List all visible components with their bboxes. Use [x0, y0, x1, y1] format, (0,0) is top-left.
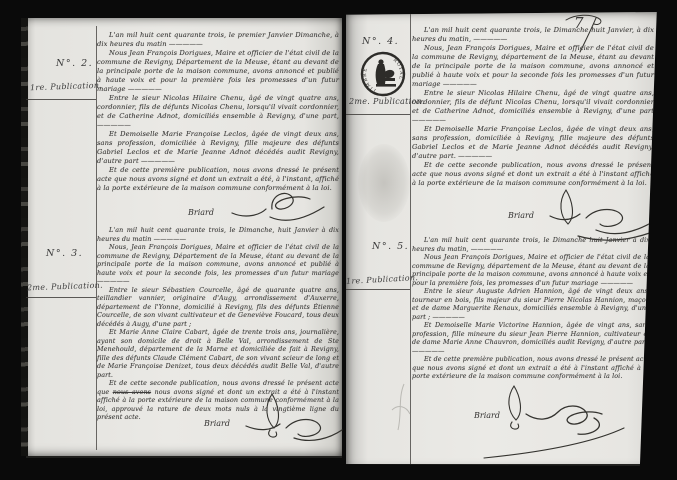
act-paragraph: Entre le sieur Nicolas Hilaire Chenu, âg… [412, 89, 654, 125]
signature-flourish [246, 420, 342, 441]
act-paragraph: Entre le sieur Nicolas Hilaire Chenu, âg… [97, 94, 339, 130]
register-scan: N°. 2. 1re. Publication. L'an mil huit c… [0, 0, 677, 480]
act-paragraph: Et de cette première publication, nous a… [412, 355, 650, 381]
act-paragraph: Et Marie Anne Claire Cabart, âgée de tre… [97, 328, 339, 379]
struck-words: nous avons [113, 388, 151, 396]
act-paragraph: Nous, Jean François Dorigues, Maire et o… [97, 243, 339, 286]
act-body: L'an mil huit cent quarante trois, le Di… [412, 26, 654, 188]
publication-label: 1re. Publication. [30, 81, 102, 93]
publication-label: 1re. Publication. [346, 273, 419, 286]
act-number-label: N°. 3. [46, 248, 83, 259]
act-number-label: N°. 4. [362, 36, 399, 47]
act-paragraph: Nous, Jean François Dorigues, Maire et o… [412, 44, 654, 89]
signature-block: Briard [474, 384, 654, 462]
act-body: L'an mil huit cent quarante trois, le pr… [97, 31, 339, 193]
act-paragraph: Et Demoiselle Marie Françoise Leclos, âg… [97, 130, 339, 166]
left-page: N°. 2. 1re. Publication. L'an mil huit c… [26, 18, 342, 458]
act-paragraph: Nous Jean François Dorigues, Maire et of… [412, 253, 650, 287]
signature-flourish [509, 386, 521, 429]
act-paragraph: L'an mil huit cent quarante trois, le Di… [412, 236, 650, 253]
page-gutter-edge [21, 18, 28, 456]
act-body: L'an mil huit cent quarante trois, le Di… [412, 236, 650, 381]
act-paragraph: Nous Jean François Dorigues, Maire et of… [97, 49, 339, 94]
act-paragraph: Entre le sieur Auguste Adrien Hannion, â… [412, 287, 650, 321]
margin-divider [346, 114, 410, 115]
signature-flourish [232, 193, 324, 220]
margin-divider [26, 99, 96, 100]
pencil-scribble [384, 380, 424, 440]
signature-block: Briard [194, 390, 344, 446]
signature-name: Briard [507, 211, 534, 220]
ink-smudge [358, 144, 410, 222]
act-paragraph: L'an mil huit cent quarante trois, le Di… [412, 26, 654, 44]
act-paragraph: Et Demoiselle Marie Françoise Leclos, âg… [412, 125, 654, 161]
act-paragraph: Entre le sieur Sébastien Courcelle, âgé … [97, 286, 339, 329]
publication-label: 2me. Publication. [27, 281, 103, 293]
signature-flourish [484, 428, 624, 458]
signature-flourish [267, 394, 279, 437]
act-number-label: N°. 5. [372, 241, 409, 252]
act-paragraph: L'an mil huit cent quarante trois, le Di… [97, 226, 339, 243]
official-stamp: TIMBRE ROYAL [359, 50, 407, 102]
act-paragraph: Et Demoiselle Marie Victorine Hannion, â… [412, 321, 650, 355]
margin-divider [26, 297, 96, 298]
signature-block: Briard [184, 183, 334, 231]
signature-name: Briard [187, 208, 214, 217]
act-paragraph: Et de cette seconde publication, nous av… [412, 161, 654, 188]
right-page: 7 N°. 4. TIMBRE ROYAL [346, 12, 658, 466]
signature-name: Briard [474, 411, 500, 420]
signature-flourish [526, 406, 602, 434]
act-paragraph: L'an mil huit cent quarante trois, le pr… [97, 31, 339, 49]
margin-divider [346, 289, 410, 290]
signature-name: Briard [203, 419, 230, 428]
act-number-label: N°. 2. [56, 58, 93, 69]
